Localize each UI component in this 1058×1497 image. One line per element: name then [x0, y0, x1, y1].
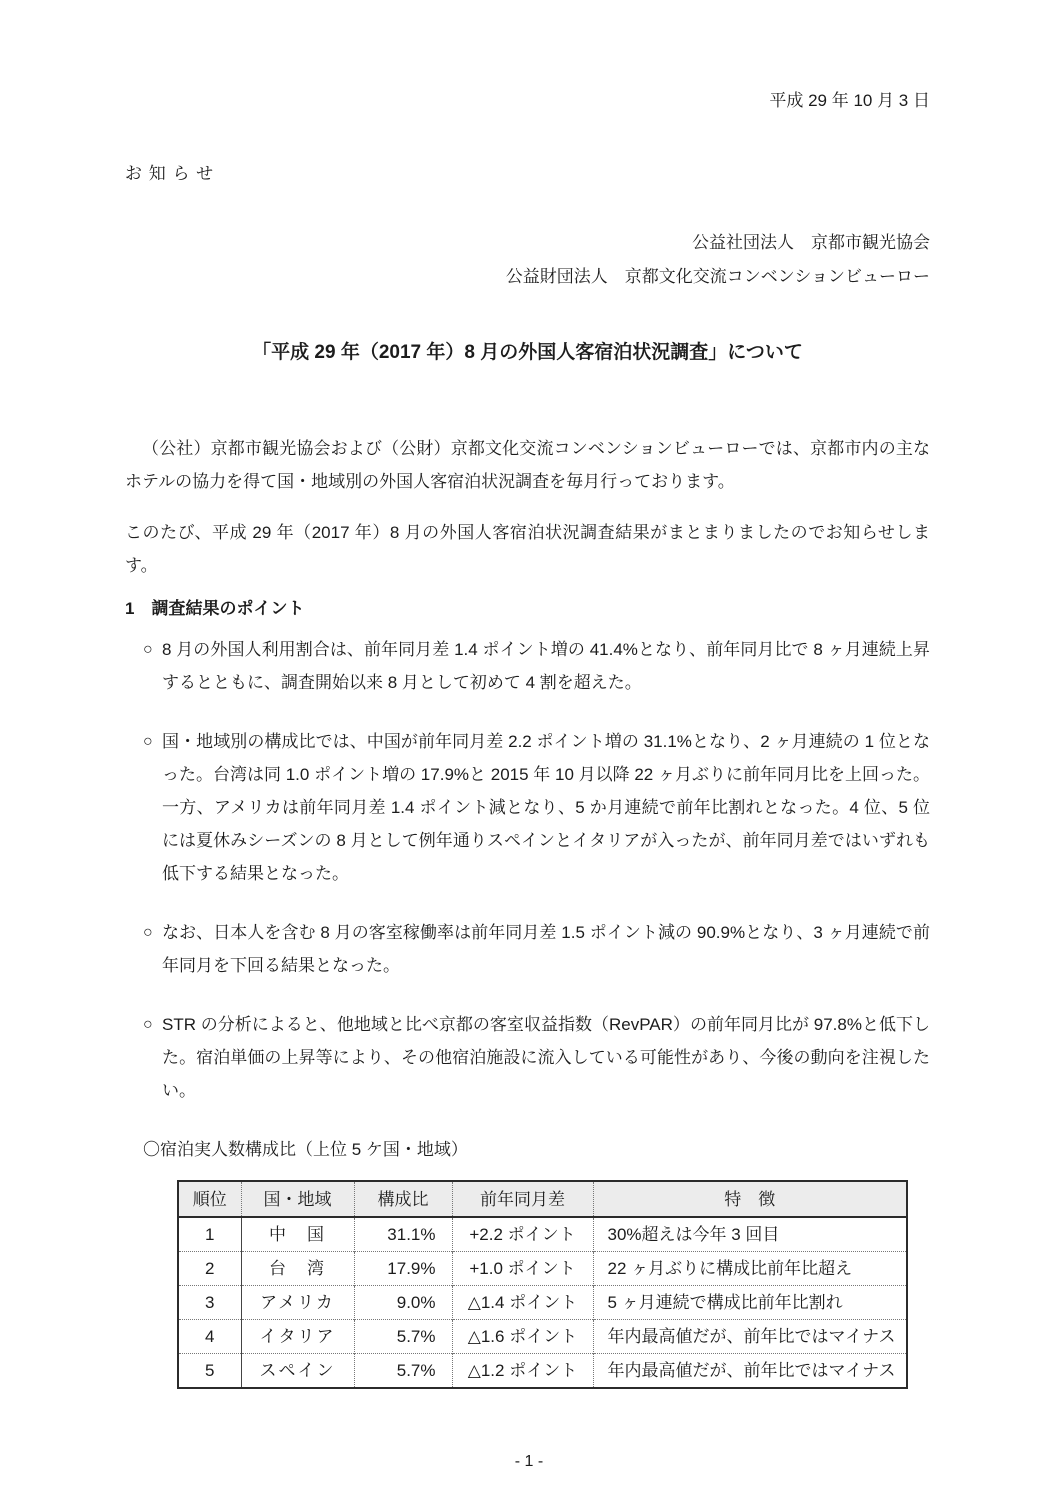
intro-paragraph-2: このたび、平成 29 年（2017 年）8 月の外国人客宿泊状況調査結果がまとま…: [125, 516, 930, 582]
share-cell: 5.7%: [354, 1320, 452, 1354]
circle-bullet-icon: ○: [125, 1008, 162, 1107]
document-date: 平成 29 年 10 月 3 日: [125, 84, 930, 117]
header-share: 構成比: [354, 1181, 452, 1217]
organization-block: 公益社団法人 京都市観光協会 公益財団法人 京都文化交流コンベンションビューロー: [125, 226, 930, 294]
table-row: 5 スペイン 5.7% △1.2 ポイント 年内最高値だが、前年比ではマイナス: [178, 1354, 907, 1389]
share-cell: 5.7%: [354, 1354, 452, 1389]
country-cell: アメリカ: [241, 1286, 354, 1320]
feature-cell: 22 ヶ月ぶりに構成比前年比超え: [593, 1252, 907, 1286]
document-title: 「平成 29 年（2017 年）8 月の外国人客宿泊状況調査」について: [125, 338, 930, 368]
rank-cell: 3: [178, 1286, 241, 1320]
table-caption: 〇宿泊実人数構成比（上位 5 ケ国・地域）: [143, 1133, 930, 1166]
bullet-text: 8 月の外国人利用割合は、前年同月差 1.4 ポイント増の 41.4%となり、前…: [162, 633, 930, 699]
feature-cell: 年内最高値だが、前年比ではマイナス: [593, 1320, 907, 1354]
rank-cell: 5: [178, 1354, 241, 1389]
page-number: - 1 -: [0, 1453, 1058, 1471]
rank-cell: 4: [178, 1320, 241, 1354]
table-row: 1 中 国 31.1% +2.2 ポイント 30%超えは今年 3 回目: [178, 1217, 907, 1252]
rank-cell: 2: [178, 1252, 241, 1286]
bullet-text: 国・地域別の構成比では、中国が前年同月差 2.2 ポイント増の 31.1%となり…: [162, 725, 930, 890]
country-cell: 中 国: [241, 1217, 354, 1252]
feature-cell: 5 ヶ月連続で構成比前年比割れ: [593, 1286, 907, 1320]
circle-bullet-icon: ○: [125, 916, 162, 982]
circle-bullet-icon: ○: [125, 633, 162, 699]
document-content: 平成 29 年 10 月 3 日 お 知 ら せ 公益社団法人 京都市観光協会 …: [0, 84, 1058, 1389]
bullet-text: STR の分析によると、他地域と比べ京都の客室収益指数（RevPAR）の前年同月…: [162, 1008, 930, 1107]
header-diff: 前年同月差: [452, 1181, 593, 1217]
circle-bullet-icon: ○: [125, 725, 162, 890]
diff-cell: △1.4 ポイント: [452, 1286, 593, 1320]
diff-cell: △1.2 ポイント: [452, 1354, 593, 1389]
list-item: ○ STR の分析によると、他地域と比べ京都の客室収益指数（RevPAR）の前年…: [125, 1008, 930, 1107]
country-cell: イタリア: [241, 1320, 354, 1354]
share-cell: 9.0%: [354, 1286, 452, 1320]
organization-line-1: 公益社団法人 京都市観光協会: [125, 226, 930, 260]
header-country: 国・地域: [241, 1181, 354, 1217]
diff-cell: +2.2 ポイント: [452, 1217, 593, 1252]
diff-cell: △1.6 ポイント: [452, 1320, 593, 1354]
table-row: 3 アメリカ 9.0% △1.4 ポイント 5 ヶ月連続で構成比前年比割れ: [178, 1286, 907, 1320]
organization-line-2: 公益財団法人 京都文化交流コンベンションビューロー: [125, 260, 930, 294]
list-item: ○ 国・地域別の構成比では、中国が前年同月差 2.2 ポイント増の 31.1%と…: [125, 725, 930, 890]
feature-cell: 30%超えは今年 3 回目: [593, 1217, 907, 1252]
bullet-text: なお、日本人を含む 8 月の客室稼働率は前年同月差 1.5 ポイント減の 90.…: [162, 916, 930, 982]
share-cell: 17.9%: [354, 1252, 452, 1286]
share-cell: 31.1%: [354, 1217, 452, 1252]
document-page: 平成 29 年 10 月 3 日 お 知 ら せ 公益社団法人 京都市観光協会 …: [0, 0, 1058, 1497]
section-1-heading: 1 調査結果のポイント: [125, 592, 930, 625]
feature-cell: 年内最高値だが、前年比ではマイナス: [593, 1354, 907, 1389]
list-item: ○ なお、日本人を含む 8 月の客室稼働率は前年同月差 1.5 ポイント減の 9…: [125, 916, 930, 982]
header-rank: 順位: [178, 1181, 241, 1217]
accommodation-share-table: 順位 国・地域 構成比 前年同月差 特 徴 1 中 国 31.1% +2.2 ポ…: [177, 1180, 908, 1389]
table-row: 4 イタリア 5.7% △1.6 ポイント 年内最高値だが、前年比ではマイナス: [178, 1320, 907, 1354]
survey-points-list: ○ 8 月の外国人利用割合は、前年同月差 1.4 ポイント増の 41.4%となり…: [125, 633, 930, 1107]
rank-cell: 1: [178, 1217, 241, 1252]
list-item: ○ 8 月の外国人利用割合は、前年同月差 1.4 ポイント増の 41.4%となり…: [125, 633, 930, 699]
table-row: 2 台 湾 17.9% +1.0 ポイント 22 ヶ月ぶりに構成比前年比超え: [178, 1252, 907, 1286]
header-feature: 特 徴: [593, 1181, 907, 1217]
country-cell: 台 湾: [241, 1252, 354, 1286]
notice-label: お 知 ら せ: [125, 157, 930, 190]
diff-cell: +1.0 ポイント: [452, 1252, 593, 1286]
table-header-row: 順位 国・地域 構成比 前年同月差 特 徴: [178, 1181, 907, 1217]
intro-paragraph-1: （公社）京都市観光協会および（公財）京都文化交流コンベンションビューローでは、京…: [125, 432, 930, 498]
country-cell: スペイン: [241, 1354, 354, 1389]
